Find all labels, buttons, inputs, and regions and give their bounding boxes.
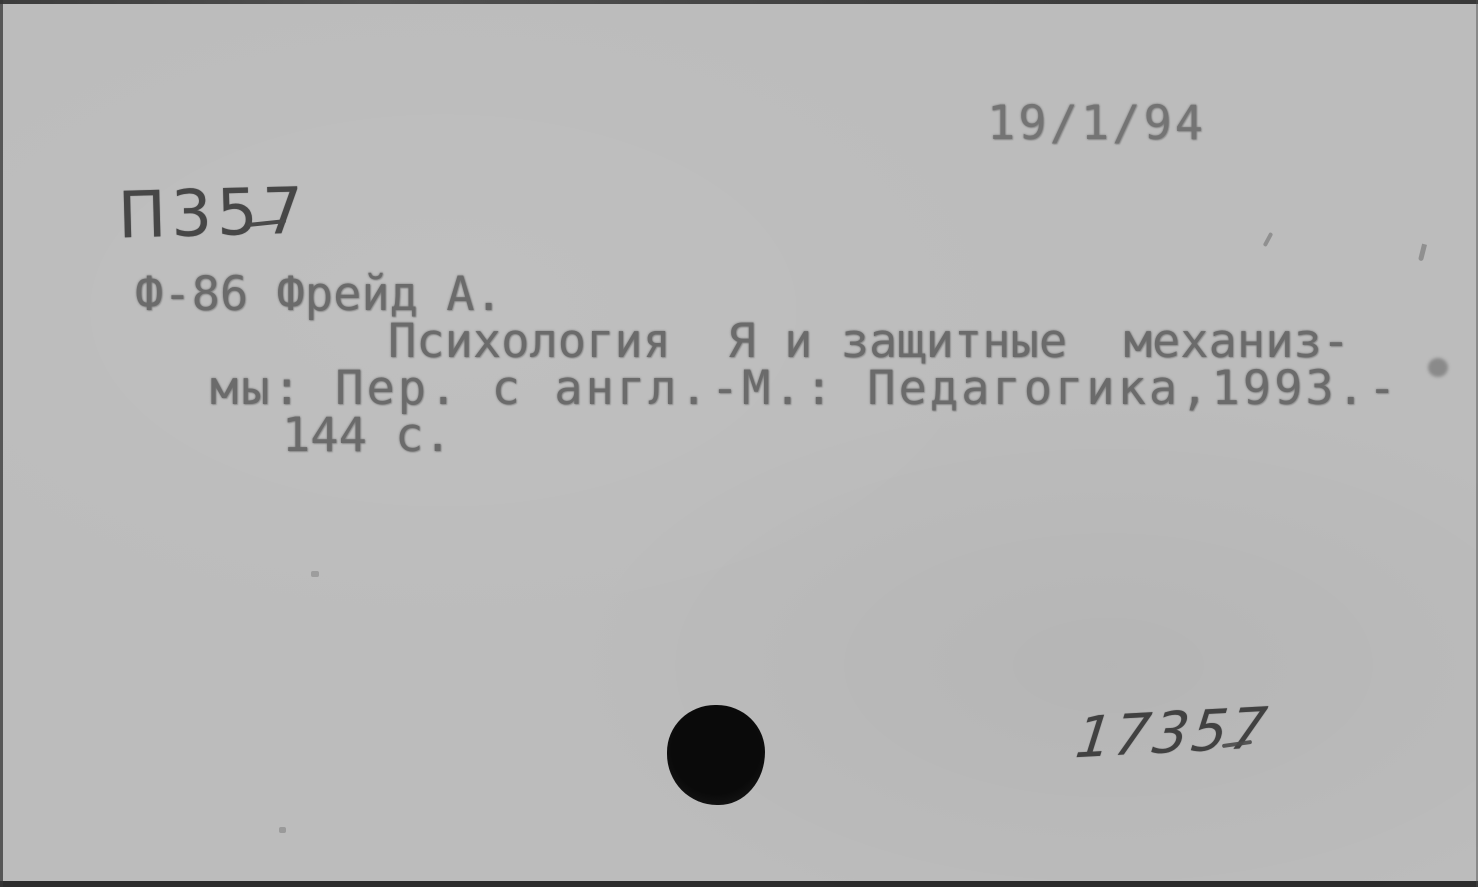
paper-speck: [279, 827, 286, 833]
paper-speck: [1263, 232, 1274, 247]
entry-line-title-2: мы: Пер. с англ.-М.: Педагогика,1993.-: [210, 365, 1399, 412]
entry-line-author: Ф-86 Фрейд А.: [135, 271, 503, 318]
library-catalog-card: 19/1/94 П357 Ф-86 Фрейд А. Психология Я …: [0, 0, 1478, 887]
small-ink-dot: [1428, 358, 1448, 377]
paper-speck: [311, 571, 319, 577]
card-edge-left: [0, 0, 3, 887]
shelf-mark-handwritten: П357: [117, 180, 309, 249]
card-edge-bottom: [0, 881, 1478, 887]
entry-line-pages: 144 с.: [282, 412, 452, 459]
paper-speck: [1418, 244, 1427, 262]
entry-line-title-1: Психология Я и защитные механиз-: [388, 318, 1350, 365]
date-stamp: 19/1/94: [987, 100, 1206, 147]
card-edge-top: [0, 0, 1478, 4]
punch-hole-dot: [667, 705, 765, 805]
accession-number-handwritten: 17357: [1073, 701, 1273, 768]
